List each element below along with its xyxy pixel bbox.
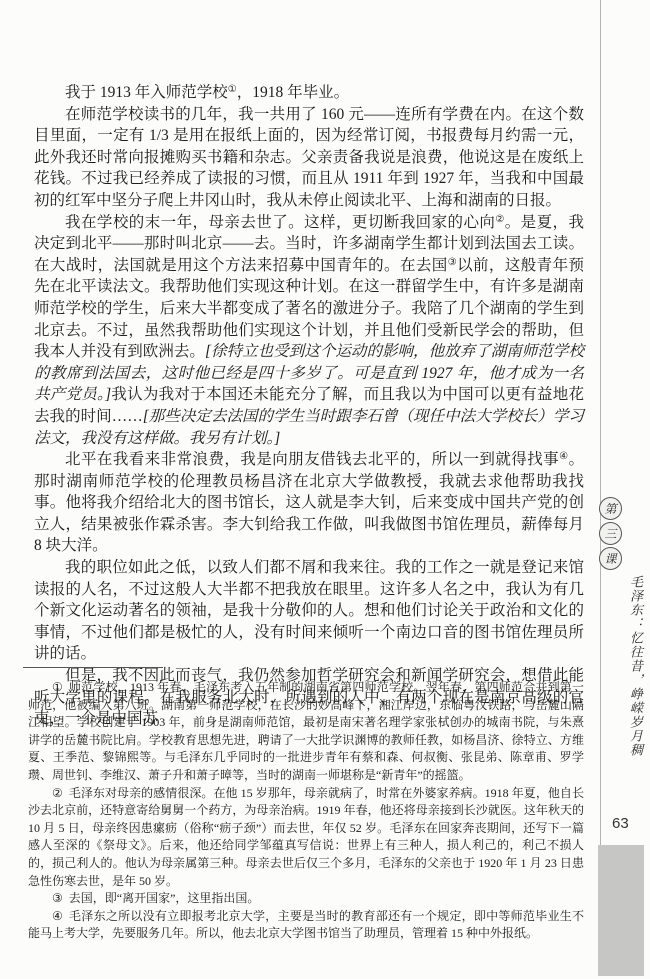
chapter-title-vertical: 毛泽东：忆往昔，峥嵘岁月稠 (626, 575, 645, 757)
footnote-ref: ② (495, 214, 504, 225)
text-segment: 我在学校的末一年，母亲去世了。这样，更切断我回家的心向 (65, 214, 495, 231)
paragraph: 在师范学校读书的几年，我一共用了 160 元——连所有学费在内。在这个数目里面，… (34, 104, 584, 212)
footnote: ②毛泽东对母亲的感情很深。在他 15 岁那年，母亲就病了，时常在外婆家养病。19… (28, 785, 584, 891)
lesson-badge-char: 三 (599, 522, 622, 545)
footnote-divider (23, 667, 163, 668)
footnote-marker: ③ (52, 891, 63, 905)
textbook-page: 我于 1913 年入师范学校①，1918 年毕业。在师范学校读书的几年，我一共用… (0, 0, 650, 979)
text-segment: 我于 1913 年入师范学校 (65, 84, 228, 101)
text-segment: 北平在我看来非常浪费，我是向朋友借钱去北平的，所以一到就得找事 (65, 451, 559, 468)
sidebar-divider-line (600, 0, 601, 845)
footnote-ref: ① (228, 84, 237, 95)
lesson-badge-char: 第 (599, 497, 622, 520)
footnotes: ①师范学校，1913 年春，毛泽东考入五年制的湖南省第四师范学校。翌年春，第四师… (28, 679, 584, 943)
body-text: 我于 1913 年入师范学校①，1918 年毕业。在师范学校读书的几年，我一共用… (34, 82, 584, 730)
footnote-marker: ② (52, 786, 63, 800)
lesson-badge: 第三课 (599, 497, 623, 572)
footnote-text: 去国，即“离开国家”，这里指出国。 (69, 891, 260, 905)
footnote-text: 师范学校，1913 年春，毛泽东考入五年制的湖南省第四师范学校。翌年春，第四师范… (28, 680, 584, 782)
footnote-ref: ③ (448, 257, 457, 268)
paragraph: 我的职位如此之低，以致人们都不屑和我来往。我的工作之一就是登记来馆读报的人名，不… (34, 557, 584, 665)
paragraph: 我于 1913 年入师范学校①，1918 年毕业。 (34, 82, 584, 104)
footnote: ①师范学校，1913 年春，毛泽东考入五年制的湖南省第四师范学校。翌年春，第四师… (28, 679, 584, 785)
footnote: ③去国，即“离开国家”，这里指出国。 (28, 890, 584, 908)
footnote-text: 毛泽东对母亲的感情很深。在他 15 岁那年，母亲就病了，时常在外婆家养病。191… (28, 786, 584, 888)
footnote-marker: ④ (52, 909, 63, 923)
footnote-text: 毛泽东之所以没有立即报考北京大学，主要是当时的教育部还有一个规定，即中等师范毕业… (28, 909, 584, 941)
page-edge-tab (598, 845, 644, 976)
paragraph: 我在学校的末一年，母亲去世了。这样，更切断我回家的心向②。是夏，我决定到北平——… (34, 212, 584, 450)
paragraph: 北平在我看来非常浪费，我是向朋友借钱去北平的，所以一到就得找事④。那时湖南师范学… (34, 449, 584, 557)
text-segment: 在师范学校读书的几年，我一共用了 160 元——连所有学费在内。在这个数目里面，… (34, 106, 584, 209)
footnote: ④毛泽东之所以没有立即报考北京大学，主要是当时的教育部还有一个规定，即中等师范毕… (28, 908, 584, 943)
text-segment: 我的职位如此之低，以致人们都不屑和我来往。我的工作之一就是登记来馆读报的人名，不… (34, 559, 584, 662)
footnote-marker: ① (52, 680, 63, 694)
page-number: 63 (612, 815, 644, 832)
lesson-badge-char: 课 (599, 547, 622, 570)
text-segment: ，1918 年毕业。 (237, 84, 349, 101)
